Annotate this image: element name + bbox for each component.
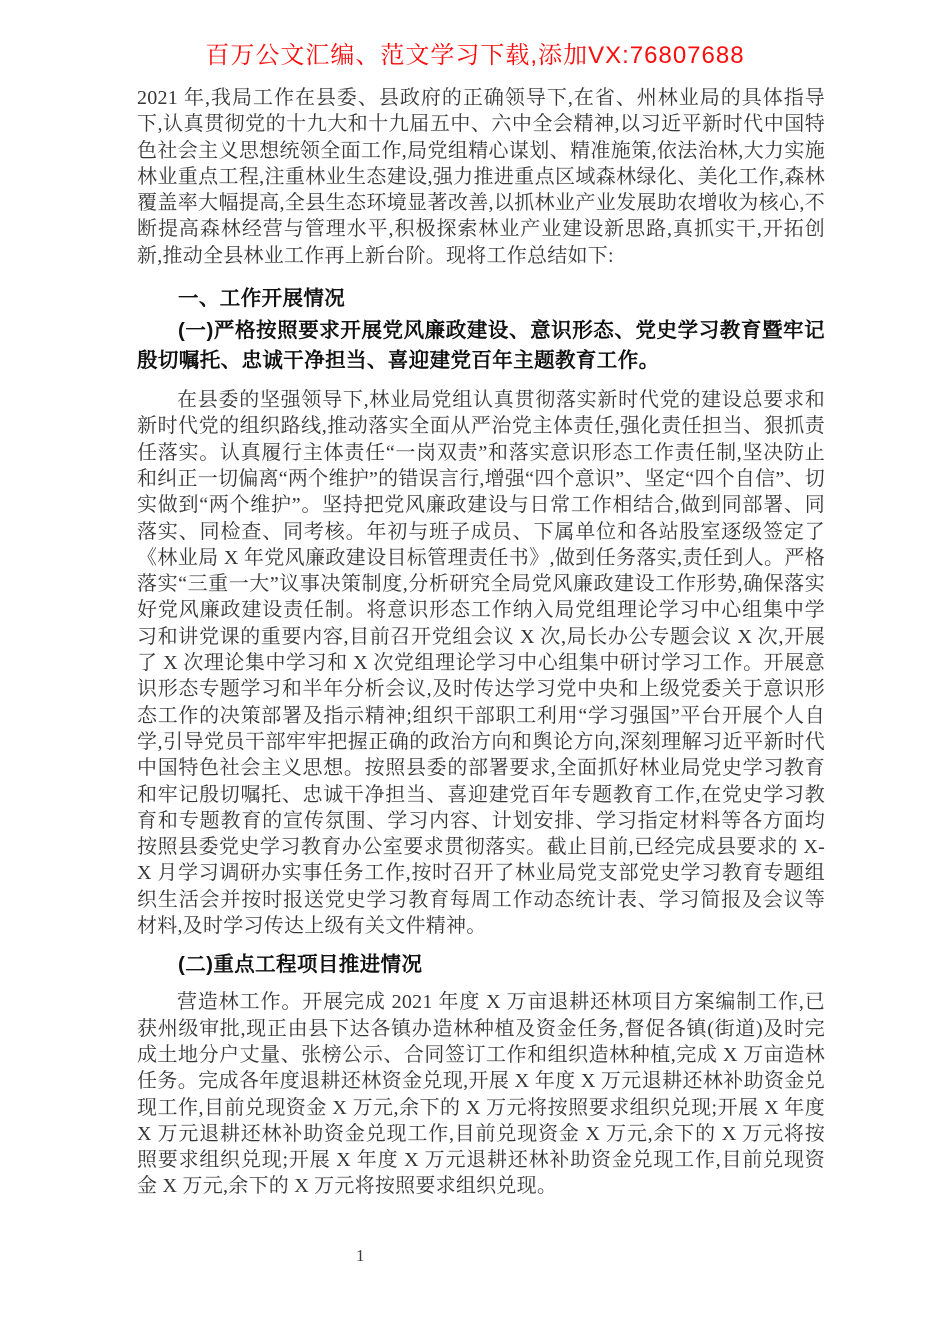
section-1-heading: 一、工作开展情况 [137,284,825,314]
subsection-1-1-heading: (一)严格按照要求开展党风廉政建设、意识形态、党史学习教育暨牢记殷切嘱托、忠诚干… [137,316,825,376]
promo-watermark-header: 百万公文汇编、范文学习下载,添加VX:76807688 [0,42,950,70]
subsection-1-2-heading: (二)重点工程项目推进情况 [137,950,825,980]
intro-paragraph: 2021 年,我局工作在县委、县政府的正确领导下,在省、州林业局的具体指导下,认… [137,85,825,269]
party-building-paragraph: 在县委的坚强领导下,林业局党组认真贯彻落实新时代党的建设总要求和新时代党的组织路… [137,387,825,939]
page-number: 1 [356,1246,365,1266]
key-projects-paragraph: 营造林工作。开展完成 2021 年度 X 万亩退耕还林项目方案编制工作,已获州级… [137,989,825,1199]
document-page: 百万公文汇编、范文学习下载,添加VX:76807688 2021 年,我局工作在… [0,0,950,1344]
document-body: 2021 年,我局工作在县委、县政府的正确领导下,在省、州林业局的具体指导下,认… [137,85,825,1200]
